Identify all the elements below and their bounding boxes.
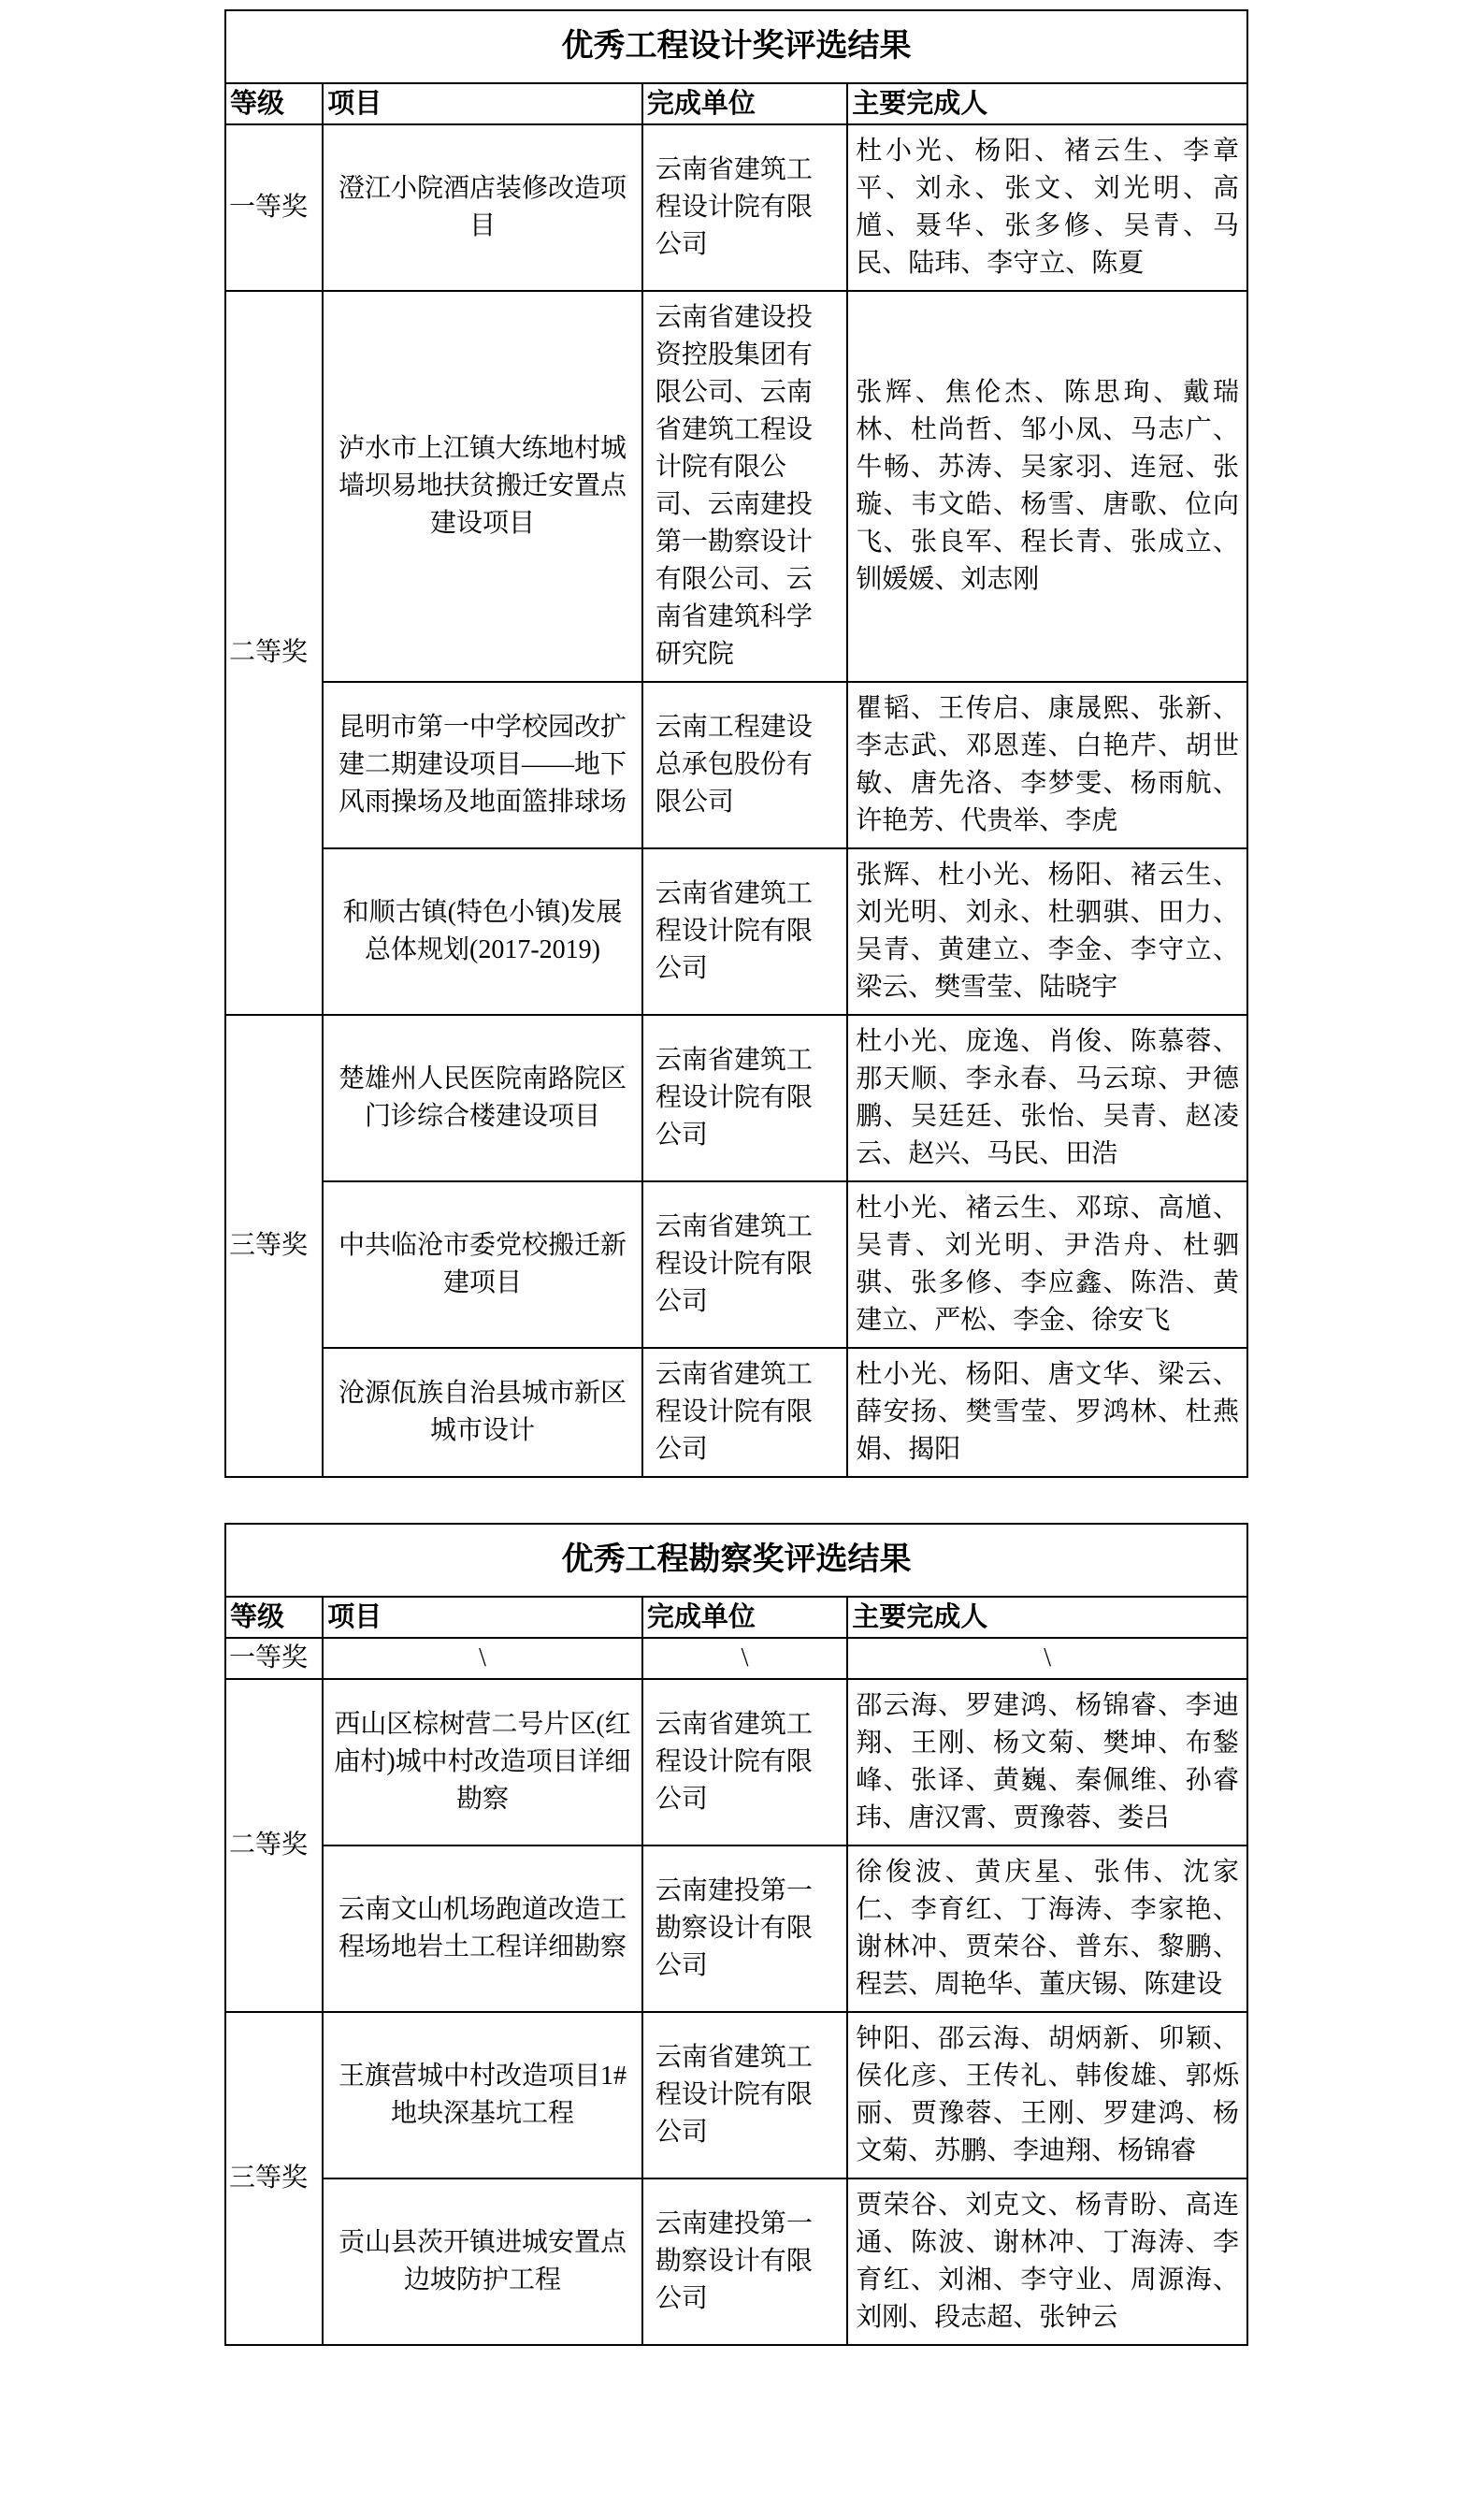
table-title: 优秀工程勘察奖评选结果 [225, 1524, 1247, 1597]
header-people: 主要完成人 [847, 83, 1247, 124]
table-row: 贡山县茨开镇进城安置点边坡防护工程云南建投第一勘察设计有限公司贾荣谷、刘克文、杨… [225, 2178, 1247, 2345]
table-row: 三等奖楚雄州人民医院南路院区门诊综合楼建设项目云南省建筑工程设计院有限公司杜小光… [225, 1015, 1247, 1181]
header-unit: 完成单位 [642, 1597, 847, 1638]
project-cell: 楚雄州人民医院南路院区门诊综合楼建设项目 [323, 1015, 642, 1181]
unit-cell: 云南省建筑工程设计院有限公司 [642, 1679, 847, 1845]
project-cell: 贡山县茨开镇进城安置点边坡防护工程 [323, 2178, 642, 2345]
design-awards-table: 优秀工程设计奖评选结果 等级 项目 完成单位 主要完成人 一等奖澄江小院酒店装修… [224, 9, 1248, 1478]
unit-cell: 云南省建筑工程设计院有限公司 [642, 1348, 847, 1477]
project-cell: 澄江小院酒店装修改造项目 [323, 124, 642, 291]
unit-cell: 云南省建筑工程设计院有限公司 [642, 2012, 847, 2178]
table-row: 和顺古镇(特色小镇)发展总体规划(2017-2019)云南省建筑工程设计院有限公… [225, 848, 1247, 1015]
people-cell: 邵云海、罗建鸿、杨锦睿、李迪翔、王刚、杨文菊、樊坤、布鍫峰、张译、黄巍、秦佩维、… [847, 1679, 1247, 1845]
table-row: 沧源佤族自治县城市新区城市设计云南省建筑工程设计院有限公司杜小光、杨阳、唐文华、… [225, 1348, 1247, 1477]
people-cell: 杜小光、杨阳、唐文华、梁云、薛安扬、樊雪莹、罗鸿林、杜燕娟、揭阳 [847, 1348, 1247, 1477]
project-cell: 中共临沧市委党校搬迁新建项目 [323, 1181, 642, 1348]
unit-cell: 云南省建筑工程设计院有限公司 [642, 124, 847, 291]
table-header-row: 等级 项目 完成单位 主要完成人 [225, 83, 1247, 124]
project-cell: 昆明市第一中学校园改扩建二期建设项目——地下风雨操场及地面篮排球场 [323, 682, 642, 848]
table-header-row: 等级 项目 完成单位 主要完成人 [225, 1597, 1247, 1638]
unit-cell: 云南工程建设总承包股份有限公司 [642, 682, 847, 848]
project-cell: 沧源佤族自治县城市新区城市设计 [323, 1348, 642, 1477]
unit-cell: 云南省建筑工程设计院有限公司 [642, 1015, 847, 1181]
unit-cell: \ [642, 1638, 847, 1679]
unit-cell: 云南省建设投资控股集团有限公司、云南省建筑工程设计院有限公司、云南建投第一勘察设… [642, 291, 847, 682]
people-cell: 张辉、杜小光、杨阳、褚云生、刘光明、刘永、杜驷骐、田力、吴青、黄建立、李金、李守… [847, 848, 1247, 1015]
project-cell: 王旗营城中村改造项目1#地块深基坑工程 [323, 2012, 642, 2178]
people-cell: 贾荣谷、刘克文、杨青盼、高连通、陈波、谢林冲、丁海涛、李育红、刘湘、李守业、周源… [847, 2178, 1247, 2345]
table-row: 一等奖澄江小院酒店装修改造项目云南省建筑工程设计院有限公司杜小光、杨阳、褚云生、… [225, 124, 1247, 291]
project-cell: 和顺古镇(特色小镇)发展总体规划(2017-2019) [323, 848, 642, 1015]
people-cell: 杜小光、褚云生、邓琼、高馗、吴青、刘光明、尹浩舟、杜驷骐、张多修、李应鑫、陈浩、… [847, 1181, 1247, 1348]
unit-cell: 云南建投第一勘察设计有限公司 [642, 1845, 847, 2012]
project-cell: 西山区棕树营二号片区(红庙村)城中村改造项目详细勘察 [323, 1679, 642, 1845]
grade-cell: 三等奖 [225, 1015, 323, 1477]
header-project: 项目 [323, 1597, 642, 1638]
project-cell: 云南文山机场跑道改造工程场地岩土工程详细勘察 [323, 1845, 642, 2012]
people-cell: 徐俊波、黄庆星、张伟、沈家仁、李育红、丁海涛、李家艳、谢林冲、贾荣谷、普东、黎鹏… [847, 1845, 1247, 2012]
people-cell: 杜小光、庞逸、肖俊、陈慕蓉、那天顺、李永春、马云琼、尹德鹏、吴廷廷、张怡、吴青、… [847, 1015, 1247, 1181]
unit-cell: 云南省建筑工程设计院有限公司 [642, 1181, 847, 1348]
project-cell: \ [323, 1638, 642, 1679]
table-row: 一等奖\\\ [225, 1638, 1247, 1679]
header-grade: 等级 [225, 83, 323, 124]
people-cell: 瞿韬、王传启、康晟熙、张新、李志武、邓恩莲、白艳芹、胡世敏、唐先洛、李梦雯、杨雨… [847, 682, 1247, 848]
table-row: 二等奖西山区棕树营二号片区(红庙村)城中村改造项目详细勘察云南省建筑工程设计院有… [225, 1679, 1247, 1845]
table-title-row: 优秀工程设计奖评选结果 [225, 10, 1247, 83]
grade-cell: 一等奖 [225, 1638, 323, 1679]
people-cell: \ [847, 1638, 1247, 1679]
table-title-row: 优秀工程勘察奖评选结果 [225, 1524, 1247, 1597]
grade-cell: 三等奖 [225, 2012, 323, 2345]
header-unit: 完成单位 [642, 83, 847, 124]
survey-awards-table: 优秀工程勘察奖评选结果 等级 项目 完成单位 主要完成人 一等奖\\\二等奖西山… [224, 1523, 1248, 2346]
table-row: 中共临沧市委党校搬迁新建项目云南省建筑工程设计院有限公司杜小光、褚云生、邓琼、高… [225, 1181, 1247, 1348]
table-row: 三等奖王旗营城中村改造项目1#地块深基坑工程云南省建筑工程设计院有限公司钟阳、邵… [225, 2012, 1247, 2178]
people-cell: 杜小光、杨阳、褚云生、李章平、刘永、张文、刘光明、高馗、聂华、张多修、吴青、马民… [847, 124, 1247, 291]
grade-cell: 二等奖 [225, 1679, 323, 2012]
project-cell: 泸水市上江镇大练地村城墙坝易地扶贫搬迁安置点建设项目 [323, 291, 642, 682]
table-row: 二等奖泸水市上江镇大练地村城墙坝易地扶贫搬迁安置点建设项目云南省建设投资控股集团… [225, 291, 1247, 682]
header-project: 项目 [323, 83, 642, 124]
table-row: 云南文山机场跑道改造工程场地岩土工程详细勘察云南建投第一勘察设计有限公司徐俊波、… [225, 1845, 1247, 2012]
table-title: 优秀工程设计奖评选结果 [225, 10, 1247, 83]
document: 优秀工程设计奖评选结果 等级 项目 完成单位 主要完成人 一等奖澄江小院酒店装修… [224, 9, 1262, 2346]
grade-cell: 二等奖 [225, 291, 323, 1015]
people-cell: 张辉、焦伦杰、陈思珣、戴瑞林、杜尚哲、邹小凤、马志广、牛畅、苏涛、吴家羽、连冠、… [847, 291, 1247, 682]
table-row: 昆明市第一中学校园改扩建二期建设项目——地下风雨操场及地面篮排球场云南工程建设总… [225, 682, 1247, 848]
unit-cell: 云南省建筑工程设计院有限公司 [642, 848, 847, 1015]
unit-cell: 云南建投第一勘察设计有限公司 [642, 2178, 847, 2345]
people-cell: 钟阳、邵云海、胡炳新、卯颖、侯化彦、王传礼、韩俊雄、郭烁丽、贾豫蓉、王刚、罗建鸿… [847, 2012, 1247, 2178]
header-grade: 等级 [225, 1597, 323, 1638]
header-people: 主要完成人 [847, 1597, 1247, 1638]
grade-cell: 一等奖 [225, 124, 323, 291]
